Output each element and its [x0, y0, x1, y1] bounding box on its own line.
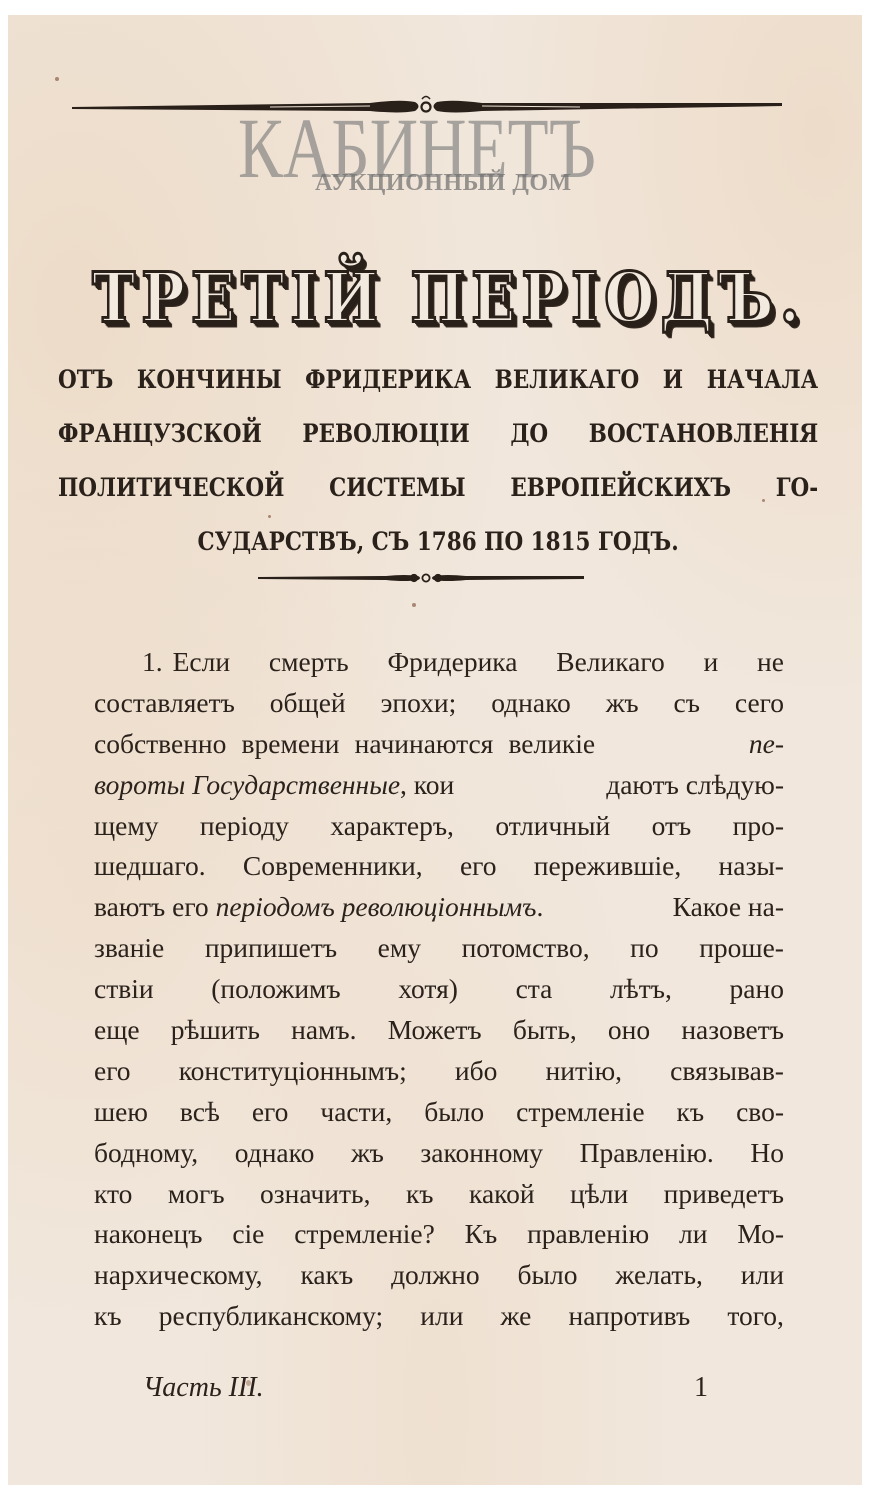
subtitle-word: ФРИДЕРИКА: [305, 353, 471, 407]
word: могъ: [168, 1174, 225, 1215]
subtitle-word: СИСТЕМЫ: [329, 461, 466, 515]
word: нархическому,: [94, 1255, 263, 1296]
word: шедшаго.: [94, 846, 206, 887]
text-line-content: Какое на-: [673, 887, 784, 928]
auction-house-watermark: КАБИНЕТЪ АУКЦИОННЫЙ ДОМ: [238, 113, 648, 203]
word: назоветъ: [681, 1010, 784, 1051]
word: отличный: [495, 806, 610, 847]
word: или: [741, 1255, 784, 1296]
word: оно: [608, 1010, 650, 1051]
word: жъ: [351, 1133, 384, 1174]
word: законному: [420, 1133, 543, 1174]
word: того,: [727, 1296, 784, 1337]
word: званіе: [94, 928, 164, 969]
word: всѣ: [180, 1092, 220, 1133]
book-page: КАБИНЕТЪ АУКЦИОННЫЙ ДОМ ТРЕТІЙ ПЕРІОДЪ. …: [8, 15, 862, 1485]
word: жъ: [606, 683, 639, 724]
word: его: [252, 1092, 289, 1133]
word: рано: [730, 969, 784, 1010]
word: бодному,: [94, 1133, 198, 1174]
text-line: составляетъобщейэпохи;однакожъсъсего: [94, 683, 784, 724]
word: пережившіе,: [534, 846, 681, 887]
word: припишетъ: [205, 928, 337, 969]
word: назы-: [719, 846, 784, 887]
word: рѣшить: [171, 1010, 260, 1051]
word: его: [460, 846, 497, 887]
paper-speck: [268, 515, 271, 518]
word: однако: [491, 683, 571, 724]
word: къ: [677, 1092, 705, 1133]
word: сего: [735, 683, 784, 724]
subtitle-word: СУДАРСТВЪ, СЪ 1786 ПО 1815 ГОДЪ.: [197, 515, 678, 569]
word: къ: [406, 1174, 434, 1215]
word: по: [630, 928, 658, 969]
body-paragraph: 1. ЕслисмертьФридерикаВеликагоине состав…: [94, 642, 784, 1337]
text-line: егоконституціоннымъ;ибонитію,связывав-: [94, 1051, 784, 1092]
text-line-content: ЕслисмертьФридерикаВеликагоине: [173, 642, 784, 683]
text-line: щемуперіодухарактеръ,отличныйотъпро-: [94, 806, 784, 847]
word: было: [518, 1255, 578, 1296]
text-line: вороты Государственные, кои даютъ слѣдую…: [94, 765, 784, 806]
word: составляетъ: [94, 683, 235, 724]
word: же: [501, 1296, 532, 1337]
subtitle-word: ФРАНЦУЗСКОЙ: [58, 407, 262, 461]
word: стремленіе?: [294, 1214, 435, 1255]
subtitle-word: ОТЪ: [58, 353, 113, 407]
paper-speck: [762, 499, 765, 502]
word: общей: [270, 683, 346, 724]
subtitle-word: РЕВОЛЮЦІИ: [302, 407, 469, 461]
word: Если: [173, 642, 230, 683]
word: наконецъ: [94, 1214, 203, 1255]
word: приведетъ: [664, 1174, 784, 1215]
word: намъ.: [291, 1010, 356, 1051]
subtitle-line: ПОЛИТИЧЕСКОЙ СИСТЕМЫ ЕВРОПЕЙСКИХЪ ГО-: [58, 461, 818, 515]
word: потомство,: [462, 928, 590, 969]
word: ли: [679, 1214, 707, 1255]
text-line: ствіи(положимъхотя)сталѣтъ,рано: [94, 969, 784, 1010]
paper-speck: [246, 1380, 251, 1386]
word: нитію,: [546, 1051, 623, 1092]
signature-mark: Часть III.: [143, 1372, 264, 1404]
text-line-content: ваютъ его періодомъ революціоннымъ.: [94, 887, 543, 928]
watermark-subtitle: АУКЦИОННЫЙ ДОМ: [315, 170, 572, 197]
word: ему: [378, 928, 421, 969]
word: отъ: [652, 806, 692, 847]
word: проше-: [699, 928, 784, 969]
subtitle-line: ОТЪ КОНЧИНЫ ФРИДЕРИКА ВЕЛИКАГО И НАЧАЛА: [58, 353, 818, 407]
subtitle-word: ВЕЛИКАГО: [495, 353, 640, 407]
period-title: ТРЕТІЙ ПЕРІОДЪ.: [8, 258, 862, 338]
subtitle-word: ПОЛИТИЧЕСКОЙ: [58, 461, 284, 515]
italic-fragment: періодомъ революціоннымъ: [216, 891, 537, 922]
word: республиканскому;: [159, 1296, 383, 1337]
word: цѣли: [570, 1174, 628, 1215]
word: хотя): [398, 969, 458, 1010]
word: съ: [674, 683, 700, 724]
word: не: [757, 642, 784, 683]
word: стремленіе: [516, 1092, 644, 1133]
text-line: собственно времени начинаются великіе пе…: [94, 724, 784, 765]
top-ornament-rule: [70, 93, 784, 121]
subtitle-word: ДО: [510, 407, 548, 461]
word: напротивъ: [569, 1296, 691, 1337]
subtitle-word: КОНЧИНЫ: [137, 353, 282, 407]
word: ствіи: [94, 969, 154, 1010]
subtitle-word: ЕВРОПЕЙСКИХЪ: [510, 461, 731, 515]
word: означить,: [260, 1174, 370, 1215]
word: Но: [750, 1133, 784, 1174]
word: связывав-: [670, 1051, 784, 1092]
word: щему: [94, 806, 159, 847]
word: ибо: [455, 1051, 497, 1092]
word: еще: [94, 1010, 140, 1051]
subtitle-line: СУДАРСТВЪ, СЪ 1786 ПО 1815 ГОДЪ.: [58, 515, 818, 569]
italic-fragment: пе-: [749, 724, 784, 765]
word: эпохи;: [381, 683, 457, 724]
paper-speck: [55, 77, 59, 81]
word: части,: [320, 1092, 392, 1133]
text-line: нархическому,какъдолжнобыложелать,или: [94, 1255, 784, 1296]
paragraph-number: 1.: [142, 642, 163, 683]
word: быть,: [513, 1010, 577, 1051]
text-line: ктомогъозначить,къкакойцѣлиприведетъ: [94, 1174, 784, 1215]
word: конституціоннымъ;: [179, 1051, 407, 1092]
subtitle-word: ВОСТАНОВЛЕНІЯ: [589, 407, 818, 461]
middle-ornament-rule: [256, 568, 586, 588]
text-line: ещерѣшитьнамъ.Можетъбыть,ононазоветъ: [94, 1010, 784, 1051]
word: его: [94, 1051, 131, 1092]
period-title-text: ТРЕТІЙ ПЕРІОДЪ.: [92, 258, 806, 338]
word: и: [704, 642, 719, 683]
text-line-content: вороты Государственные, кои: [94, 765, 454, 806]
word: кто: [94, 1174, 132, 1215]
text-line: бодному,однакожъзаконномуПравленію.Но: [94, 1133, 784, 1174]
text-line: шедшаго.Современники,егопережившіе,назы-: [94, 846, 784, 887]
word: Къ: [465, 1214, 498, 1255]
text-line-content: собственно времени начинаются великіе: [94, 724, 595, 765]
word: однако: [235, 1133, 315, 1174]
page-number: 1: [694, 1372, 708, 1404]
word: ста: [516, 969, 553, 1010]
word: смерть: [269, 642, 349, 683]
text-line: шеювсѣегочасти,былостремленіекъсво-: [94, 1092, 784, 1133]
word: про-: [733, 806, 784, 847]
word: или: [420, 1296, 463, 1337]
word: сіе: [232, 1214, 264, 1255]
word: Великаго: [556, 642, 664, 683]
word: лѣтъ,: [610, 969, 672, 1010]
subtitle-word: ГО-: [776, 461, 819, 515]
text-line-content: даютъ слѣдую-: [606, 765, 784, 806]
word: Можетъ: [388, 1010, 482, 1051]
word: желать,: [615, 1255, 703, 1296]
word: какой: [469, 1174, 535, 1215]
word: правленію: [527, 1214, 649, 1255]
word: Мо-: [737, 1214, 784, 1255]
text-line: наконецъсіестремленіе?КъправленіюлиМо-: [94, 1214, 784, 1255]
word: характеръ,: [330, 806, 454, 847]
period-subtitle: ОТЪ КОНЧИНЫ ФРИДЕРИКА ВЕЛИКАГО И НАЧАЛА …: [58, 353, 712, 569]
text-line: 1. ЕслисмертьФридерикаВеликагоине: [94, 642, 784, 683]
word: какъ: [300, 1255, 353, 1296]
text-line: званіеприпишетъемупотомство,попроше-: [94, 928, 784, 969]
word: должно: [391, 1255, 480, 1296]
word: къ: [94, 1296, 122, 1337]
text-line: къреспубликанскому;илиженапротивътого,: [94, 1296, 784, 1337]
word: сво-: [736, 1092, 784, 1133]
word: шею: [94, 1092, 148, 1133]
subtitle-line: ФРАНЦУЗСКОЙ РЕВОЛЮЦІИ ДО ВОСТАНОВЛЕНІЯ: [58, 407, 818, 461]
subtitle-word: И: [663, 353, 683, 407]
word: (положимъ: [211, 969, 340, 1010]
word: Фридерика: [387, 642, 517, 683]
word: было: [424, 1092, 484, 1133]
paper-speck: [412, 603, 416, 607]
subtitle-word: НАЧАЛА: [707, 353, 818, 407]
word: періоду: [200, 806, 289, 847]
text-line: ваютъ его періодомъ революціоннымъ. Како…: [94, 887, 784, 928]
word: Современники,: [243, 846, 423, 887]
italic-fragment: вороты Государственные: [94, 769, 400, 800]
word: Правленію.: [580, 1133, 714, 1174]
